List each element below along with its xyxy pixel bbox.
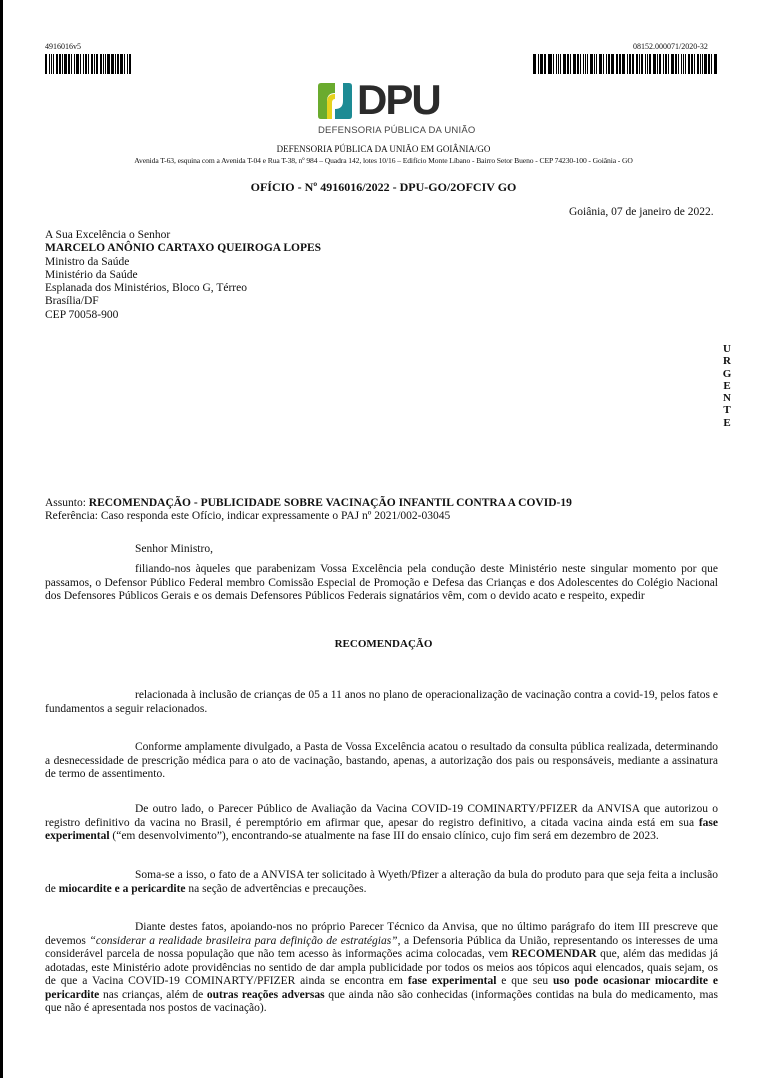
text-span: nas crianças, além de — [99, 989, 207, 1001]
subject-line: Assunto: RECOMENDAÇÃO - PUBLICIDADE SOBR… — [45, 497, 735, 510]
document-page: 4916016v5 08152.000071/2020-32 DPU DEFEN… — [3, 0, 764, 1078]
text-italic-quote: “considerar a realidade brasileira para … — [89, 935, 397, 947]
urgent-letter: N — [722, 392, 732, 404]
recipient-line: Esplanada dos Ministérios, Bloco G, Térr… — [45, 282, 321, 295]
office-address: Avenida T-63, esquina com a Avenida T-04… — [3, 156, 764, 165]
urgent-letter: T — [722, 404, 732, 416]
subject-value: RECOMENDAÇÃO - PUBLICIDADE SOBRE VACINAÇ… — [89, 497, 572, 509]
text-bold: fase experimental — [408, 975, 497, 987]
text-bold: outras reações adversas — [207, 989, 325, 1001]
text-span: De outro lado, o Parecer Público de Aval… — [45, 803, 718, 829]
urgent-letter: E — [722, 380, 732, 392]
paragraph-5: Soma-se a isso, o fato de a ANVISA ter s… — [45, 869, 718, 896]
recipient-line: CEP 70058-900 — [45, 309, 321, 322]
dpu-logo-icon — [315, 82, 355, 120]
barcode-left-icon — [45, 54, 132, 74]
paragraph-2: relacionada à inclusão de crianças de 05… — [45, 689, 718, 716]
text-bold: miocardite e a pericardite — [59, 883, 186, 895]
paragraph-6: Diante destes fatos, apoiando-nos no pró… — [45, 921, 718, 1016]
urgent-stamp: U R G E N T E — [722, 343, 732, 429]
paragraph-1: filiando-nos àqueles que parabenizam Vos… — [45, 563, 718, 604]
text-span: na seção de advertências e precauções. — [186, 883, 367, 895]
doc-code-right: 08152.000071/2020-32 — [633, 42, 708, 51]
recipient-salutation: A Sua Excelência o Senhor — [45, 229, 321, 242]
logo-subtitle: DEFENSORIA PÚBLICA DA UNIÃO — [318, 125, 475, 136]
reference-line: Referência: Caso responda este Ofício, i… — [45, 510, 735, 523]
text-bold: RECOMENDAR — [512, 948, 597, 960]
barcode-right-icon — [533, 54, 718, 74]
dpu-logo: DPU DEFENSORIA PÚBLICA DA UNIÃO — [315, 82, 460, 137]
urgent-letter: R — [722, 355, 732, 367]
office-name: DEFENSORIA PÚBLICA DA UNIÃO EM GOIÂNIA/G… — [3, 144, 764, 154]
text-span: e que seu — [496, 975, 553, 987]
paragraph-4: De outro lado, o Parecer Público de Aval… — [45, 803, 718, 844]
date-line: Goiânia, 07 de janeiro de 2022. — [569, 206, 714, 218]
subject-label: Assunto: — [45, 497, 89, 509]
greeting: Senhor Ministro, — [135, 543, 213, 555]
text-span: (“em desenvolvimento”), encontrando-se a… — [110, 830, 659, 842]
paragraph-3: Conforme amplamente divulgado, a Pasta d… — [45, 741, 718, 782]
logo-text: DPU — [357, 76, 440, 124]
recipient-line: Brasília/DF — [45, 295, 321, 308]
recipient-block: A Sua Excelência o Senhor MARCELO ANÔNIO… — [45, 229, 321, 322]
document-title: OFÍCIO - Nº 4916016/2022 - DPU-GO/2OFCIV… — [3, 180, 764, 195]
recipient-line: Ministério da Saúde — [45, 269, 321, 282]
urgent-letter: U — [722, 343, 732, 355]
subject-block: Assunto: RECOMENDAÇÃO - PUBLICIDADE SOBR… — [45, 497, 735, 524]
doc-code-left: 4916016v5 — [45, 42, 81, 51]
urgent-letter: G — [722, 368, 732, 380]
urgent-letter: E — [722, 417, 732, 429]
section-title: RECOMENDAÇÃO — [3, 638, 764, 650]
recipient-line: Ministro da Saúde — [45, 256, 321, 269]
recipient-name: MARCELO ANÔNIO CARTAXO QUEIROGA LOPES — [45, 242, 321, 255]
